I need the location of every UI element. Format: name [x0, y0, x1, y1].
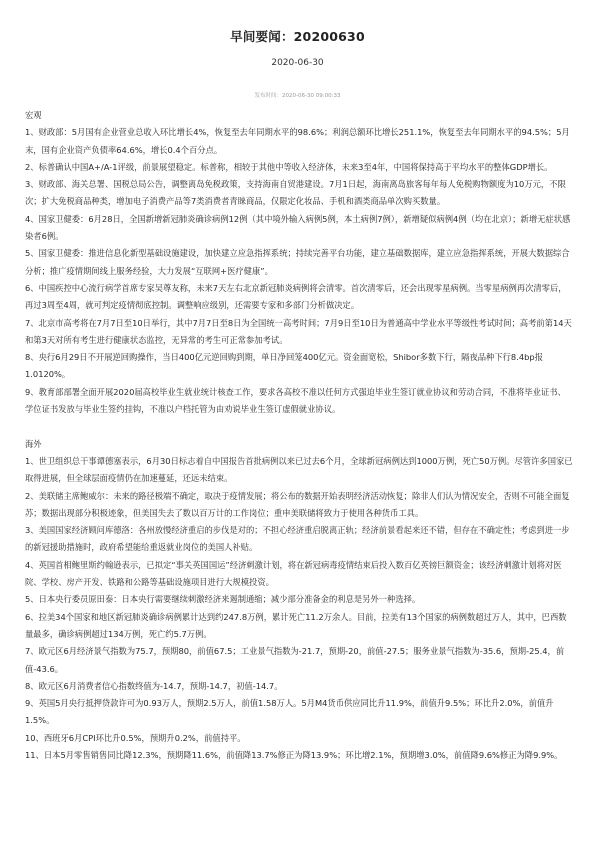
- section-spacer: [25, 418, 573, 435]
- news-item: 4、国家卫健委：6月28日，全国新增新冠肺炎确诊病例12例（其中境外输入病例5例…: [25, 211, 573, 246]
- section-overseas: 海外 1、世卫组织总干事谭德塞表示，6月30日标志着自中国报告首批病例以来已过去…: [25, 436, 573, 765]
- news-item: 6、拉美34个国家和地区新冠肺炎确诊病例累计达到约247.8万例，累计死亡11.…: [25, 609, 573, 644]
- document-body: 宏观 1、财政部：5月国有企业营业总收入环比增长4%，恢复至去年同期水平的98.…: [25, 107, 573, 764]
- news-item: 6、中国疾控中心流行病学首席专家吴尊友称，未来7天左右北京新冠肺炎病例将会清零。…: [25, 280, 573, 315]
- news-item: 5、国家卫健委：推进信息化新型基础设施建设，加快建立应急指挥系统；持续完善平台功…: [25, 245, 573, 280]
- news-item: 3、财政部、海关总署、国税总局公告，调整离岛免税政策，支持海南自贸港建设。7月1…: [25, 176, 573, 211]
- news-item: 9、教育部部署全面开展2020届高校毕业生就业统计核查工作，要求各高校不准以任何…: [25, 384, 573, 419]
- news-item: 4、英国首相鲍里斯约翰逊表示，已拟定“事关英国国运”经济刺激计划，将在新冠病毒疫…: [25, 557, 573, 592]
- news-item: 5、日本央行委员原田泰：日本央行需要继续刺激经济来遏制通缩；减少部分准备金的利息…: [25, 591, 573, 608]
- document-page: 早间要闻：20200630 2020-06-30 发布时间：2020-06-30…: [0, 0, 595, 842]
- news-item: 9、英国5月央行抵押贷款许可为0.93万人，预期2.5万人，前值1.58万人。5…: [25, 695, 573, 730]
- news-item: 10、西班牙6月CPI环比升0.5%，预期升0.2%，前值持平。: [25, 730, 573, 747]
- publish-time: 发布时间：2020-06-30 09:00:33: [0, 91, 595, 99]
- news-item: 2、标普确认中国A+/A-1评级，前景展望稳定。标普称，相较于其他中等收入经济体…: [25, 159, 573, 176]
- news-item: 3、美国国家经济顾问库德洛：各州放慢经济重启的步伐是对的；不担心经济重启脱离正轨…: [25, 522, 573, 557]
- news-item: 1、财政部：5月国有企业营业总收入环比增长4%，恢复至去年同期水平的98.6%；…: [25, 124, 573, 159]
- news-item: 7、北京市高考将在7月7日至10日举行，其中7月7日至8日为全国统一高考时间；7…: [25, 315, 573, 350]
- news-item: 2、美联储主席鲍威尔：未来的路径极端不确定，取决于疫情发展；将公布的数据开始表明…: [25, 488, 573, 523]
- news-item: 1、世卫组织总干事谭德塞表示，6月30日标志着自中国报告首批病例以来已过去6个月…: [25, 453, 573, 488]
- section-heading-macro: 宏观: [25, 107, 573, 124]
- news-item: 11、日本5月零售销售同比降12.3%，预期降11.6%，前值降13.7%修正为…: [25, 747, 573, 764]
- news-item: 7、欧元区6月经济景气指数为75.7，预期80，前值67.5；工业景气指数为-2…: [25, 643, 573, 678]
- page-title: 早间要闻：20200630: [0, 27, 595, 45]
- news-item: 8、欧元区6月消费者信心指数终值为-14.7，预期-14.7，初值-14.7。: [25, 678, 573, 695]
- section-heading-overseas: 海外: [25, 436, 573, 453]
- document-date: 2020-06-30: [0, 58, 595, 68]
- section-macro: 宏观 1、财政部：5月国有企业营业总收入环比增长4%，恢复至去年同期水平的98.…: [25, 107, 573, 418]
- news-item: 8、央行6月29日不开展逆回购操作，当日400亿元逆回购到期，单日净回笼400亿…: [25, 349, 573, 384]
